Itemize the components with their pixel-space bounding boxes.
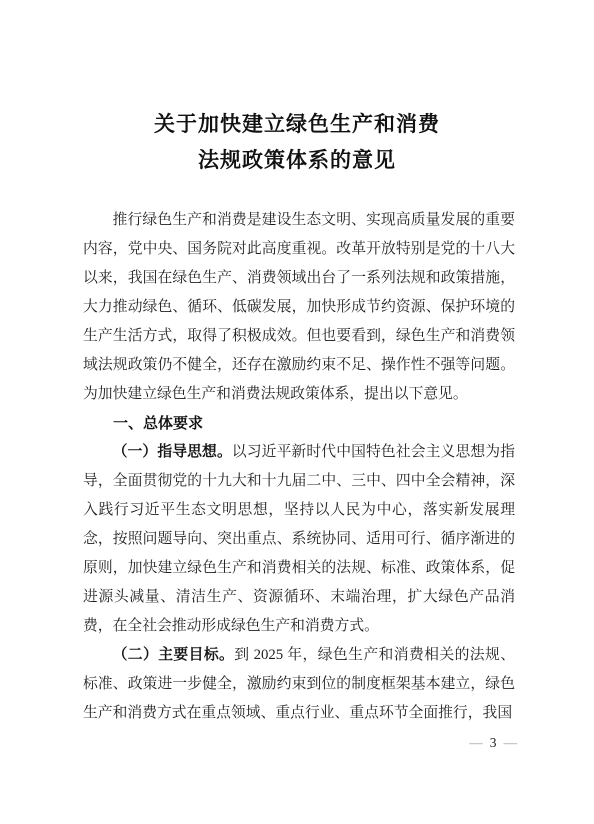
item2-label: （二）主要目标。 (113, 647, 235, 663)
paragraph-main-goals: （二）主要目标。到 2025 年，绿色生产和消费相关的法规、标准、政策进一步健全… (83, 641, 515, 728)
document-title-line2: 法规政策体系的意见 (0, 142, 594, 178)
section-heading-overall-requirements: 一、总体要求 (83, 409, 515, 438)
document-title: 关于加快建立绿色生产和消费 法规政策体系的意见 (0, 106, 594, 178)
page-number-left-dash: — (469, 735, 483, 750)
document-title-line1: 关于加快建立绿色生产和消费 (0, 106, 594, 142)
item1-text: 以习近平新时代中国特色社会主义思想为指导，全面贯彻党的十九大和十九届二中、三中、… (83, 444, 515, 634)
item1-label: （一）指导思想。 (113, 444, 232, 460)
page-number-right-dash: — (504, 735, 518, 750)
page-number: —3— (469, 735, 517, 751)
document-page: 关于加快建立绿色生产和消费 法规政策体系的意见 推行绿色生产和消费是建设生态文明… (0, 0, 594, 824)
intro-paragraph: 推行绿色生产和消费是建设生态文明、实现高质量发展的重要内容，党中央、国务院对此高… (83, 206, 515, 409)
page-number-value: 3 (490, 735, 497, 750)
paragraph-guiding-ideology: （一）指导思想。以习近平新时代中国特色社会主义思想为指导，全面贯彻党的十九大和十… (83, 438, 515, 641)
document-body: 推行绿色生产和消费是建设生态文明、实现高质量发展的重要内容，党中央、国务院对此高… (83, 206, 515, 728)
